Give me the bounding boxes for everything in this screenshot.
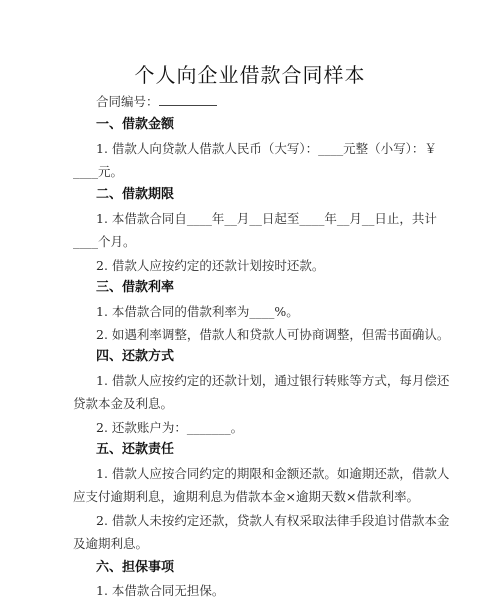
section-heading-6: 六、担保事项	[73, 556, 452, 580]
paragraph: 1. 本借款合同自____年__月__日起至____年__月__日止，共计	[73, 207, 452, 231]
paragraph-continued: 应支付逾期利息，逾期利息为借款本金×逾期天数×借款利率。	[73, 485, 429, 509]
paragraph: 2. 借款人未按约定还款，贷款人有权采取法律手段追讨借款本金	[73, 509, 452, 533]
contract-number-line: 合同编号：	[73, 90, 452, 114]
section-heading-5: 五、还款责任	[73, 438, 452, 462]
paragraph-continued: 及逾期利息。	[73, 532, 429, 556]
paragraph-continued: ____元。	[73, 160, 429, 184]
paragraph: 2. 还款账户为：_______。	[73, 416, 452, 440]
paragraph-continued: 贷款本金及利息。	[73, 392, 429, 416]
contract-number-blank	[159, 93, 217, 106]
section-heading-3: 三、借款利率	[73, 276, 452, 300]
paragraph: 1. 本借款合同无担保。	[73, 579, 452, 597]
paragraph: 1. 借款人应按约定的还款计划，通过银行转账等方式，每月偿还	[73, 369, 452, 393]
paragraph-continued: ____个月。	[73, 230, 429, 254]
paragraph: 1. 借款人应按合同约定的期限和金额还款。如逾期还款，借款人	[73, 462, 452, 486]
contract-number-label: 合同编号：	[96, 94, 159, 109]
section-heading-4: 四、还款方式	[73, 345, 452, 369]
section-heading-2: 二、借款期限	[73, 183, 452, 207]
document-title: 个人向企业借款合同样本	[0, 59, 500, 88]
paragraph: 2. 如遇利率调整，借款人和贷款人可协商调整，但需书面确认。	[73, 323, 452, 347]
paragraph: 2. 借款人应按约定的还款计划按时还款。	[73, 254, 452, 278]
paragraph: 1. 本借款合同的借款利率为____%。	[73, 300, 452, 324]
paragraph: 1. 借款人向贷款人借款人民币（大写）：____元整（小写）：￥	[73, 137, 452, 161]
section-heading-1: 一、借款金额	[73, 113, 452, 137]
